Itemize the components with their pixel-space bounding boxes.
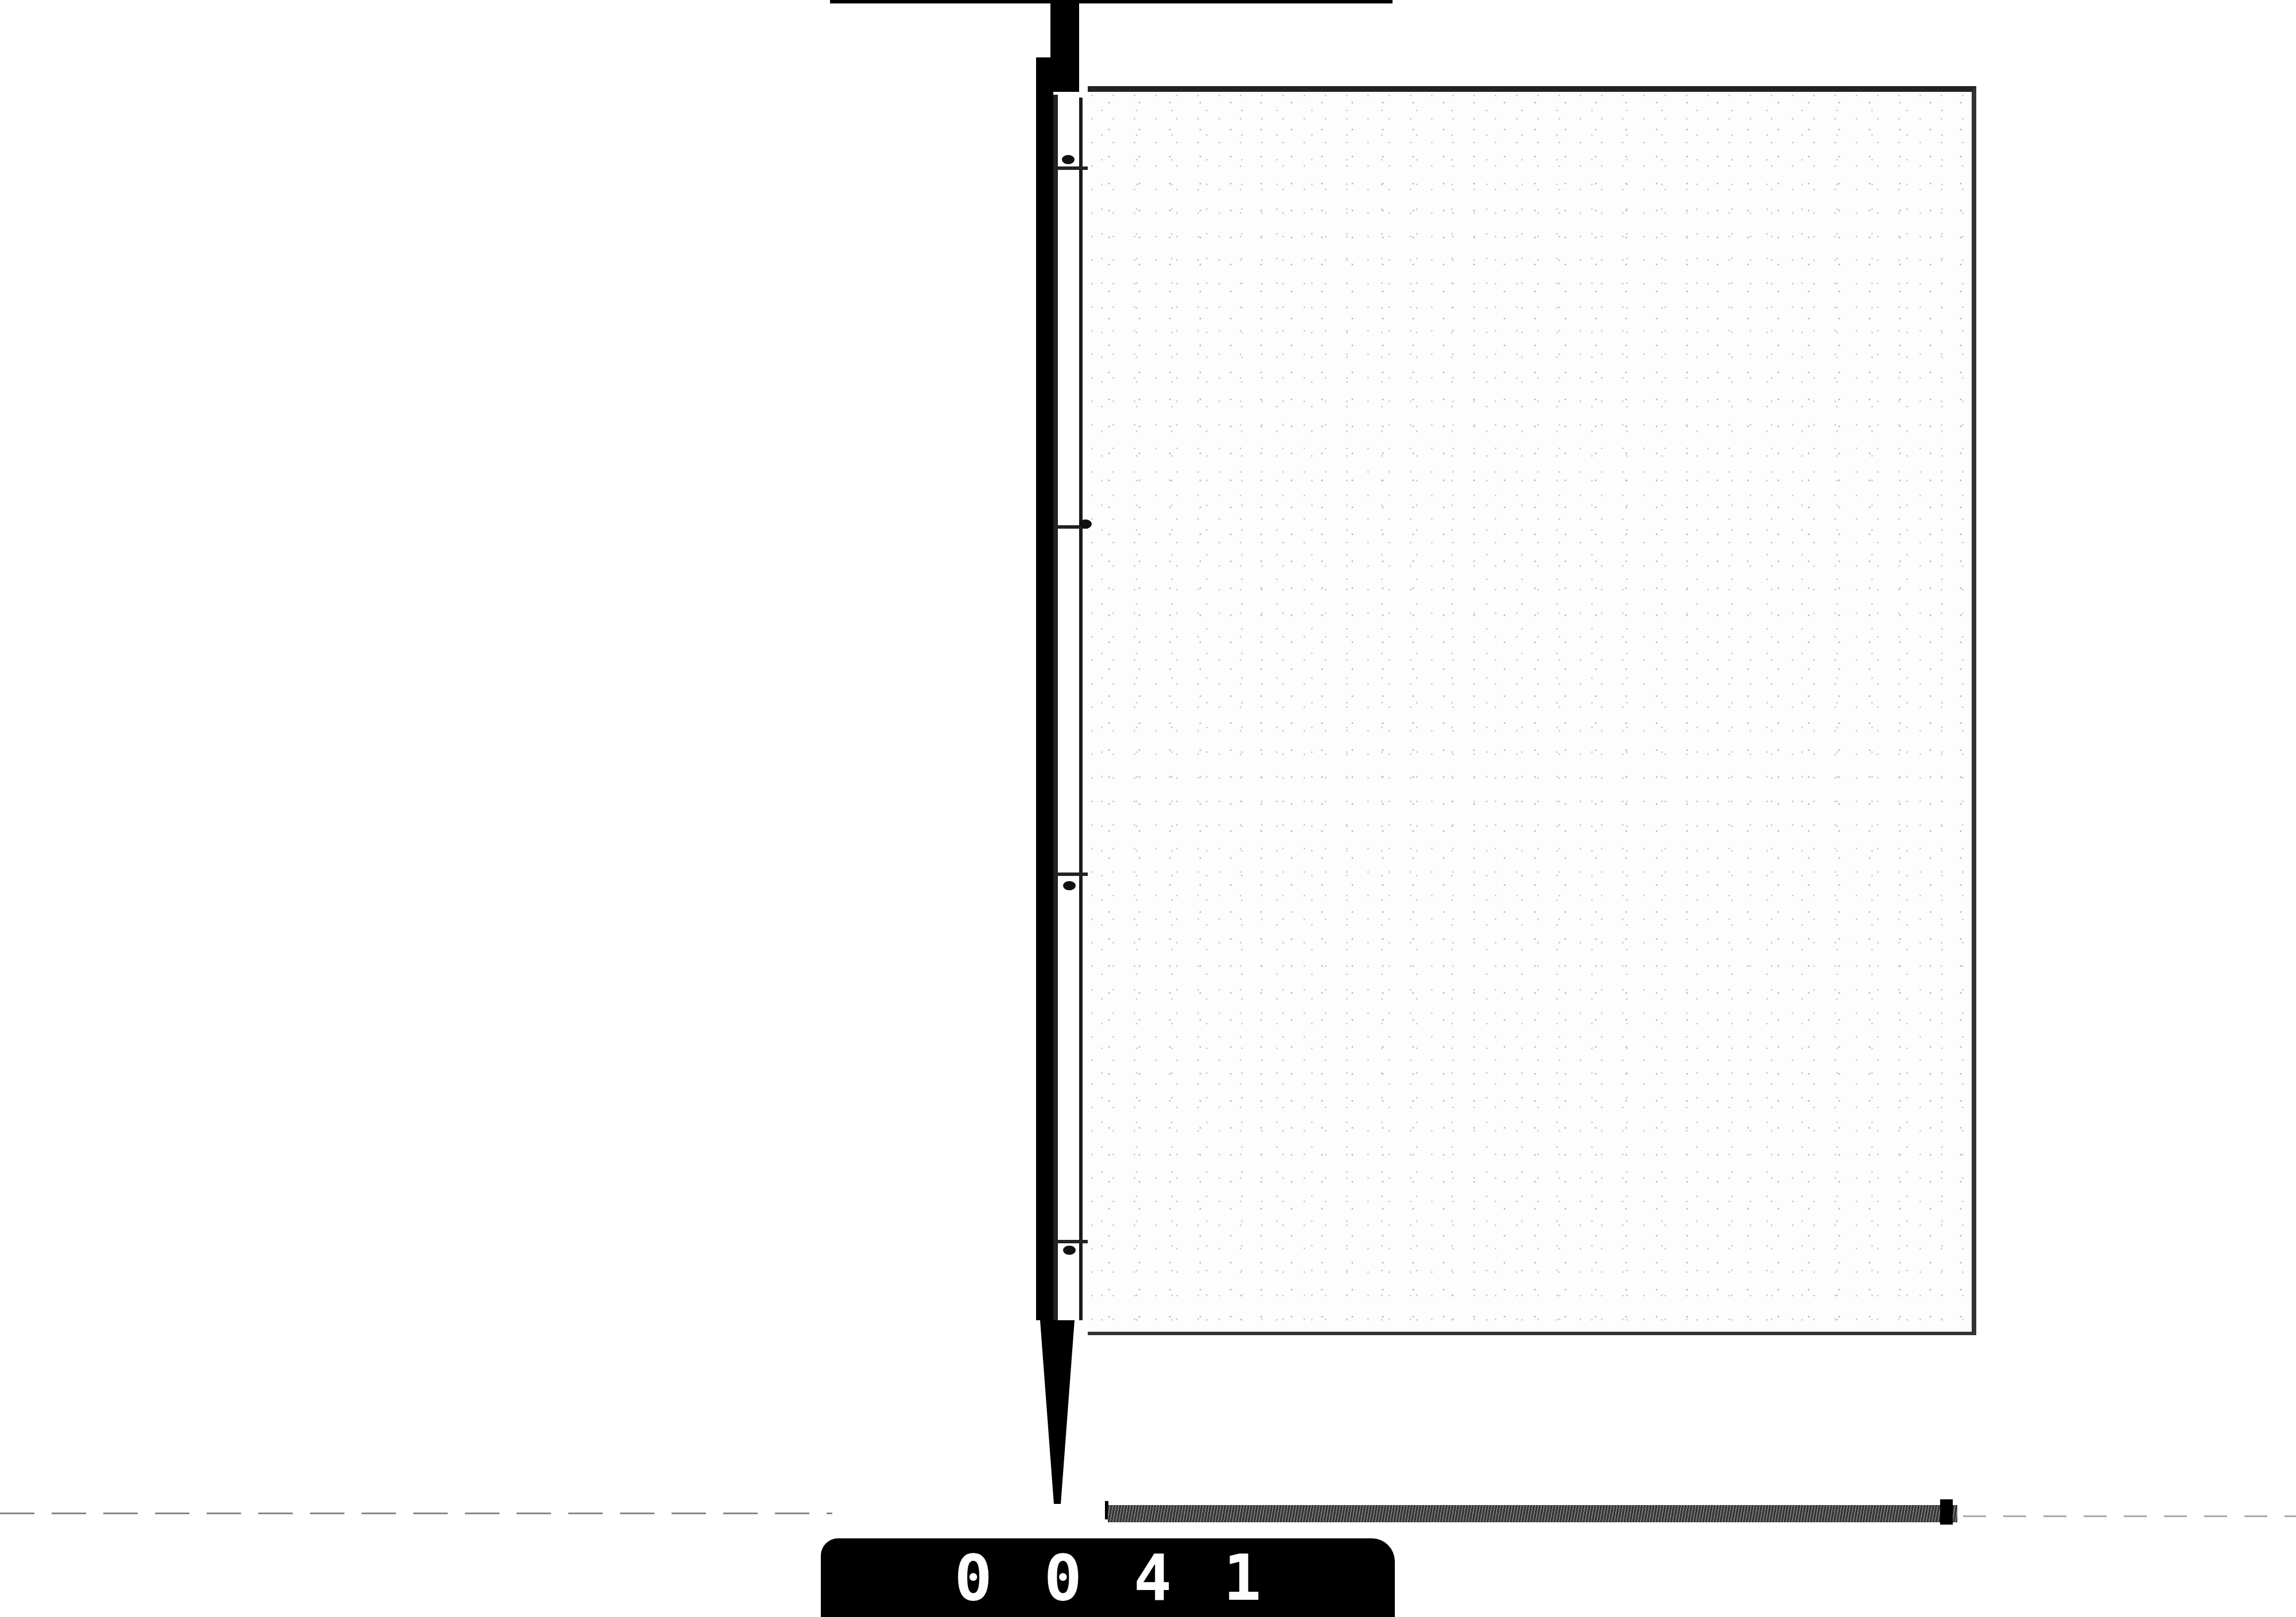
spine-top — [1050, 0, 1079, 92]
scale-ruler — [1108, 1505, 1957, 1522]
binding-stitch — [1053, 166, 1088, 170]
frame-number-label: 0041 — [821, 1538, 1395, 1617]
scan-baseline-left — [0, 1513, 832, 1514]
binding-hole — [1062, 155, 1075, 164]
spine-bottom-shadow — [1040, 1320, 1075, 1504]
binding-stitch — [1053, 1240, 1088, 1243]
spine-fold-line — [1079, 98, 1083, 1320]
book-spine — [1036, 57, 1053, 1320]
binding-hole — [1063, 881, 1076, 890]
binding-hole — [1079, 519, 1092, 529]
ruler-end-mark — [1940, 1499, 1953, 1525]
scan-top-border — [830, 0, 1393, 3]
scan-baseline-right — [1963, 1515, 2296, 1517]
frame-number: 0041 — [903, 1541, 1313, 1615]
binding-hole — [1063, 1246, 1076, 1255]
book-cover — [1088, 86, 1976, 1335]
binding-stitch — [1053, 873, 1088, 876]
spine-binding-strip — [1053, 95, 1092, 1320]
